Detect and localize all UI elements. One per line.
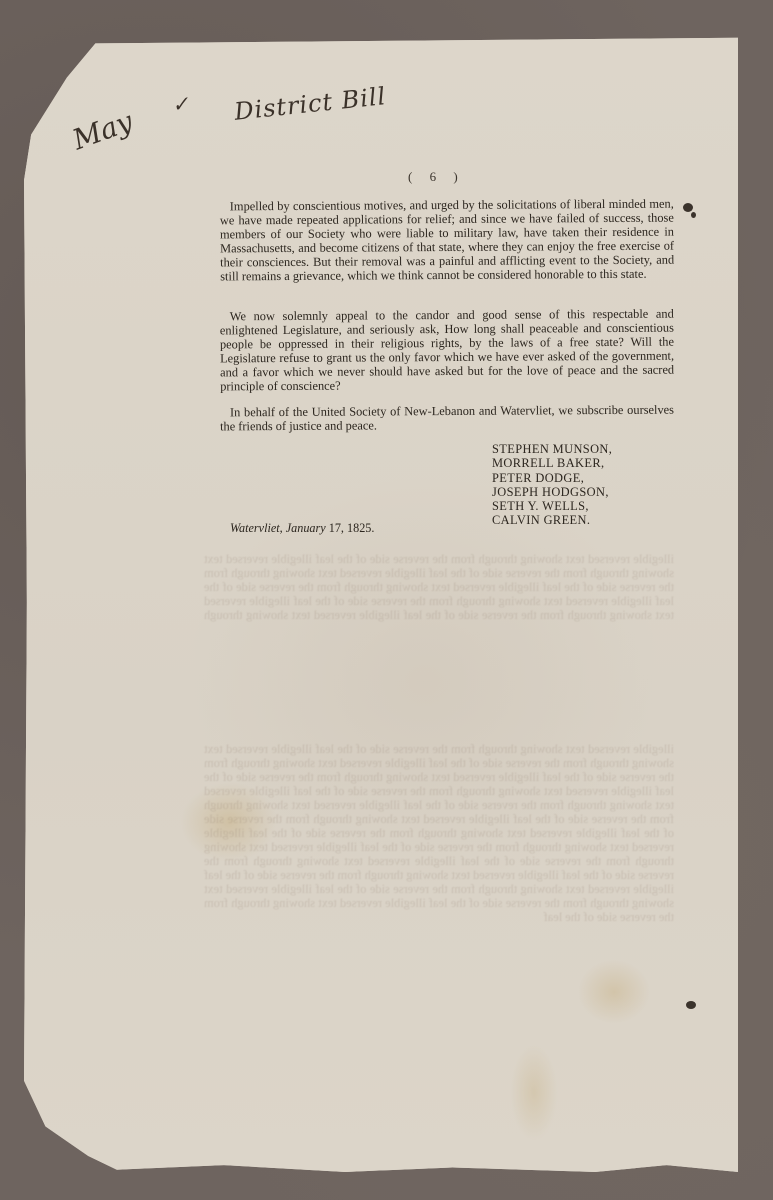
- paragraph-text: Impelled by conscientious motives, and u…: [220, 198, 675, 284]
- paragraph-relief-applications: Impelled by conscientious motives, and u…: [220, 198, 675, 284]
- handwritten-note-may: May: [68, 105, 137, 157]
- paper-hole: [683, 203, 693, 212]
- paper-page: May ✓ District Bill ( 6 ) Impelled by co…: [24, 32, 738, 1172]
- paragraph-appeal: We now solemnly appeal to the candor and…: [220, 308, 675, 394]
- signatory: JOSEPH HODGSON,: [492, 485, 612, 499]
- signatory: CALVIN GREEN.: [492, 513, 612, 527]
- signatory: SETH Y. WELLS,: [492, 499, 612, 513]
- page-number: ( 6 ): [408, 169, 458, 185]
- bleed-through-text-upper: illegible reversed text showing through …: [204, 552, 674, 622]
- signatory: MORRELL BAKER,: [492, 456, 612, 470]
- dateline: Watervliet, January 17, 1825.: [230, 521, 374, 536]
- paragraph-behalf: In behalf of the United Society of New-L…: [220, 404, 674, 435]
- signatory: STEPHEN MUNSON,: [492, 442, 612, 456]
- dateline-place-month: Watervliet, January: [230, 521, 326, 535]
- dateline-day-year: 17, 1825.: [329, 521, 375, 535]
- handwritten-note-district-bill: District Bill: [233, 82, 387, 126]
- handwritten-check-mark: ✓: [170, 91, 190, 117]
- paragraph-text: In behalf of the United Society of New-L…: [220, 404, 674, 435]
- bleed-through-text-lower: illegible reversed text showing through …: [204, 742, 674, 1012]
- paper-hole: [691, 212, 696, 218]
- paper-hole: [686, 1001, 696, 1009]
- signatory-list: STEPHEN MUNSON, MORRELL BAKER, PETER DOD…: [492, 442, 612, 528]
- signatory: PETER DODGE,: [492, 471, 612, 485]
- paragraph-text: We now solemnly appeal to the candor and…: [220, 308, 675, 394]
